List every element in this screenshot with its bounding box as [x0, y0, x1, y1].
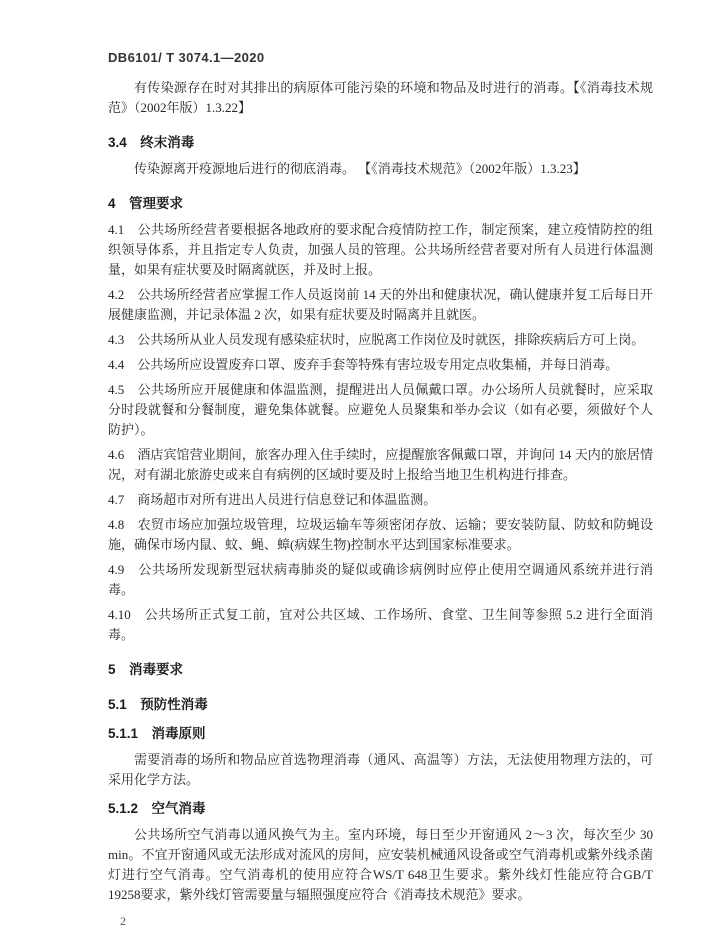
heading-4-management-requirements: 4 管理要求	[108, 194, 653, 214]
heading-5-1-1-disinfection-principles: 5.1.1 消毒原则	[108, 724, 653, 744]
clause-4-7: 4.7 商场超市对所有进出人员进行信息登记和体温监测。	[108, 490, 653, 510]
heading-5-disinfection-requirements: 5 消毒要求	[108, 660, 653, 680]
document-header: DB6101/ T 3074.1—2020	[108, 50, 653, 66]
heading-3-4-terminal-disinfection: 3.4 终末消毒	[108, 133, 653, 153]
document-footer: 2	[108, 913, 653, 928]
clause-4-1: 4.1 公共场所经营者要根据各地政府的要求配合疫情防控工作，制定预案，建立疫情防…	[108, 220, 653, 280]
page-number: 2	[120, 914, 126, 928]
para-suishi-xiaodu-definition: 有传染源存在时对其排出的病原体可能污染的环境和物品及时进行的消毒。【《消毒技术规…	[108, 78, 653, 118]
clause-4-6: 4.6 酒店宾馆营业期间，旅客办理入住手续时，应提醒旅客佩戴口罩，并询问 14 …	[108, 445, 653, 485]
clause-4-10: 4.10 公共场所正式复工前，宜对公共区域、工作场所、食堂、卫生间等参照 5.2…	[108, 605, 653, 645]
clause-4-5: 4.5 公共场所应开展健康和体温监测，提醒进出人员佩戴口罩。办公场所人员就餐时，…	[108, 380, 653, 440]
clause-4-9: 4.9 公共场所发现新型冠状病毒肺炎的疑似或确诊病例时应停止使用空调通风系统并进…	[108, 560, 653, 600]
clause-4-4: 4.4 公共场所应设置废弃口罩、废弃手套等特殊有害垃圾专用定点收集桶，并每日消毒…	[108, 355, 653, 375]
para-5-1-1-body: 需要消毒的场所和物品应首选物理消毒（通风、高温等）方法，无法使用物理方法的，可采…	[108, 750, 653, 790]
para-3-4-definition: 传染源离开疫源地后进行的彻底消毒。 【《消毒技术规范》（2002年版）1.3.2…	[108, 159, 653, 179]
clause-4-8: 4.8 农贸市场应加强垃圾管理，垃圾运输车等须密闭存放、运输；要安装防鼠、防蚊和…	[108, 515, 653, 555]
para-5-1-2-body: 公共场所空气消毒以通风换气为主。室内环境，每日至少开窗通风 2～3 次，每次至少…	[108, 825, 653, 905]
document-body: 有传染源存在时对其排出的病原体可能污染的环境和物品及时进行的消毒。【《消毒技术规…	[108, 78, 653, 905]
heading-5-1-2-air-disinfection: 5.1.2 空气消毒	[108, 799, 653, 819]
clause-4-3: 4.3 公共场所从业人员发现有感染症状时，应脱离工作岗位及时就医，排除疾病后方可…	[108, 330, 653, 350]
document-page: DB6101/ T 3074.1—2020 有传染源存在时对其排出的病原体可能污…	[0, 0, 723, 928]
clause-4-2: 4.2 公共场所经营者应掌握工作人员返岗前 14 天的外出和健康状况，确认健康并…	[108, 285, 653, 325]
heading-5-1-preventive-disinfection: 5.1 预防性消毒	[108, 695, 653, 715]
standard-code: DB6101/ T 3074.1—2020	[108, 50, 265, 65]
